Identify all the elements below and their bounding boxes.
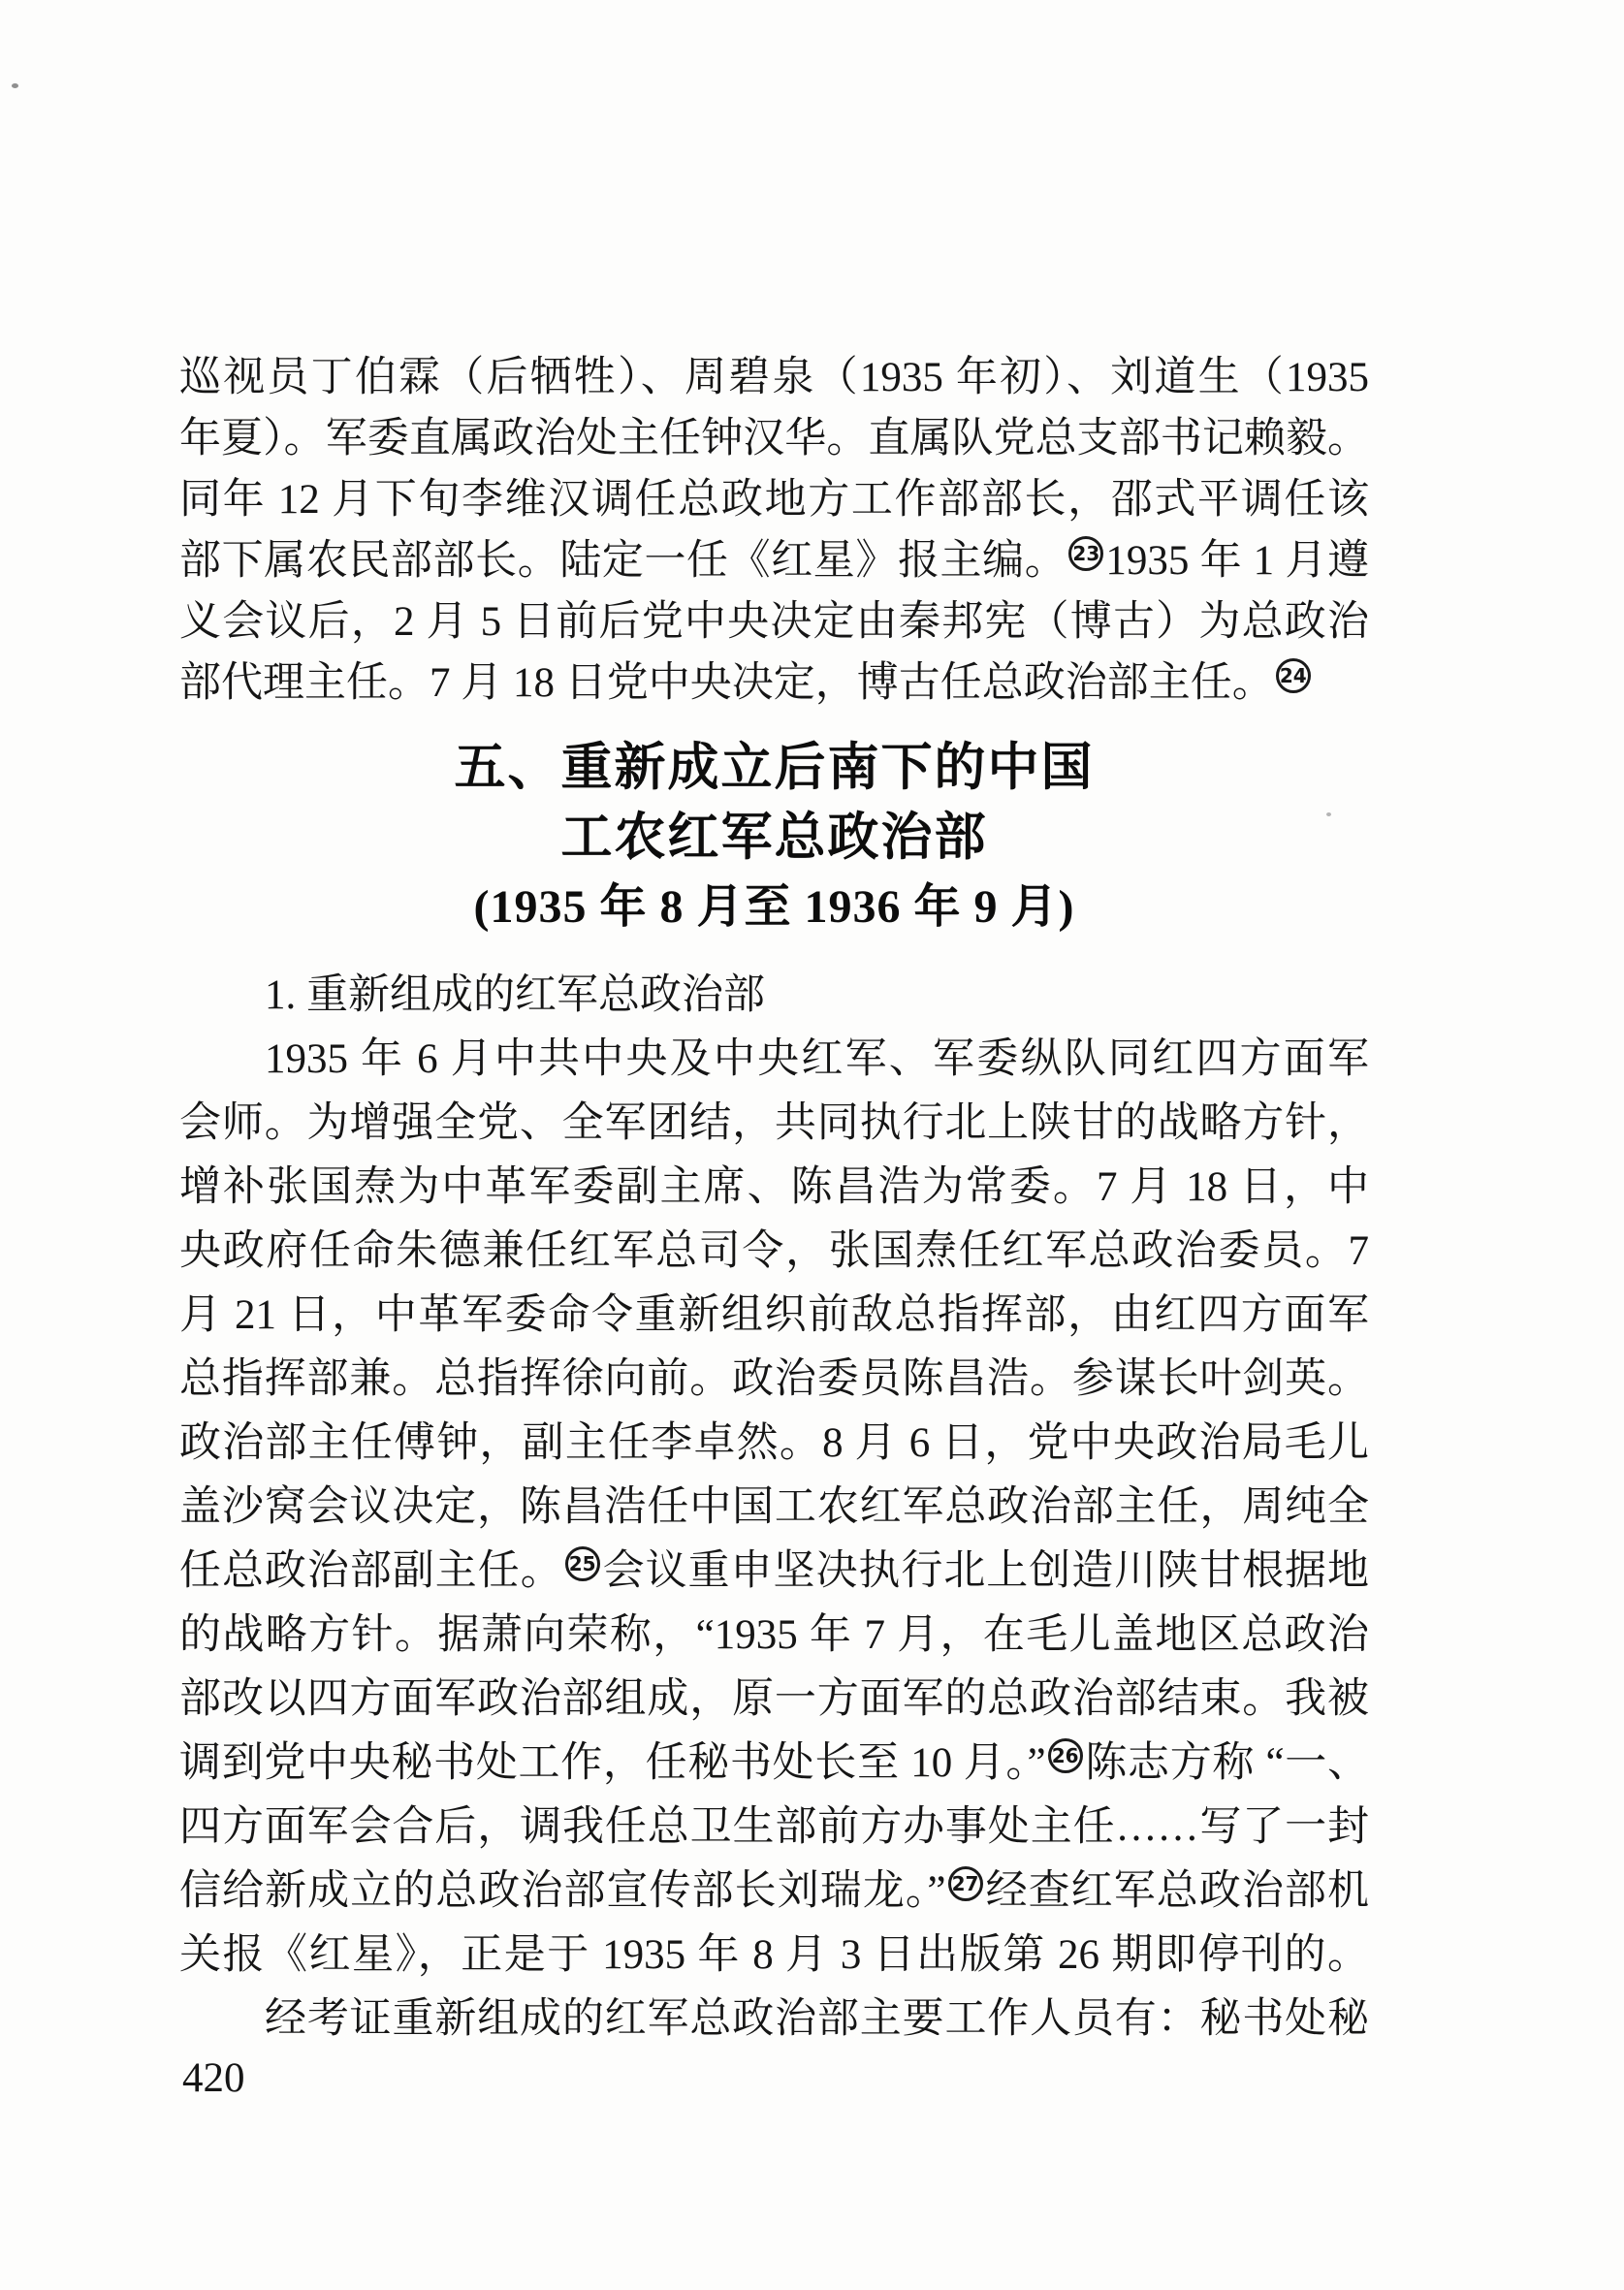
section-heading: 五、重新成立后南下的中国 工农红军总政治部 (1935 年 8 月至 1936 …	[179, 733, 1369, 942]
text-line: 经考证重新组成的红军总政治部主要工作人员有：秘书处秘	[179, 1988, 1369, 2051]
main-paragraph: 1935 年 6 月中共中央及中央红军、军委纵队同红四方面军 会师。为增强全党、…	[179, 1028, 1369, 1988]
footnote-ref-24: 24	[1276, 658, 1311, 693]
footnote-ref-26: 26	[1048, 1738, 1083, 1773]
footnote-ref-27: 27	[948, 1866, 983, 1901]
text-line: 增补张国焘为中革军委副主席、陈昌浩为常委。7 月 18 日，中	[179, 1156, 1369, 1220]
line-text: 央政府任命朱德兼任红军总司令，张国焘任红军总政治委员。7	[179, 1228, 1369, 1274]
line-text: 月 21 日，中革军委命令重新组织前敌总指挥部，由红四方面军	[179, 1292, 1369, 1338]
book-page-scan: 巡视员丁伯霖（后牺牲）、周碧泉（1935 年初）、刘道生（1935 年夏）。军委…	[0, 0, 1624, 2290]
text-line: 义会议后，2 月 5 日前后党中央决定由秦邦宪（博古）为总政治	[179, 591, 1369, 652]
text-block: 巡视员丁伯霖（后牺牲）、周碧泉（1935 年初）、刘道生（1935 年夏）。军委…	[179, 0, 1369, 2051]
paragraph-continuation: 巡视员丁伯霖（后牺牲）、周碧泉（1935 年初）、刘道生（1935 年夏）。军委…	[179, 347, 1369, 714]
line-text: 的战略方针。据萧向荣称，“1935 年 7 月，在毛儿盖地区总政治	[179, 1612, 1369, 1658]
text-line: 盖沙窝会议决定，陈昌浩任中国工农红军总政治部主任，周纯全	[179, 1476, 1369, 1540]
text-line: 央政府任命朱德兼任红军总司令，张国焘任红军总政治委员。7	[179, 1220, 1369, 1284]
text-line: 年夏）。军委直属政治处主任钟汉华。直属队党总支部书记赖毅。	[179, 408, 1369, 469]
text-line: 任总政治部副主任。25会议重申坚决执行北上创造川陕甘根据地	[179, 1540, 1369, 1604]
line-text: 1935 年 6 月中共中央及中央红军、军委纵队同红四方面军	[265, 1036, 1369, 1082]
text-line: 同年 12 月下旬李维汉调任总政地方工作部部长，邵式平调任该	[179, 469, 1369, 530]
text-line: 总指挥部兼。总指挥徐向前。政治委员陈昌浩。参谋长叶剑英。	[179, 1348, 1369, 1412]
section-heading-line2: 工农红军总政治部	[179, 803, 1369, 873]
footnote-ref-23: 23	[1068, 536, 1103, 571]
text-line: 的战略方针。据萧向荣称，“1935 年 7 月，在毛儿盖地区总政治	[179, 1604, 1369, 1668]
line-text: 盖沙窝会议决定，陈昌浩任中国工农红军总政治部主任，周纯全	[179, 1484, 1369, 1530]
section-heading-dates: (1935 年 8 月至 1936 年 9 月)	[179, 873, 1369, 942]
text-line: 信给新成立的总政治部宣传部长刘瑞龙。”27经查红军总政治部机	[179, 1860, 1369, 1924]
line-text: 总指挥部兼。总指挥徐向前。政治委员陈昌浩。参谋长叶剑英。	[179, 1356, 1369, 1402]
text-line: 1935 年 6 月中共中央及中央红军、军委纵队同红四方面军	[179, 1028, 1369, 1092]
line-text: 部下属农民部部长。陆定一任《红星》报主编。	[179, 538, 1067, 584]
text-line: 会师。为增强全党、全军团结，共同执行北上陕甘的战略方针，	[179, 1092, 1369, 1156]
text-line: 部改以四方面军政治部组成，原一方面军的总政治部结束。我被	[179, 1668, 1369, 1732]
line-text: 会议重申坚决执行北上创造川陕甘根据地	[602, 1548, 1369, 1594]
line-text: 陈志方称 “一、	[1085, 1740, 1369, 1786]
text-line: 关报《红星》，正是于 1935 年 8 月 3 日出版第 26 期即停刊的。	[179, 1924, 1369, 1988]
line-text: 义会议后，2 月 5 日前后党中央决定由秦邦宪（博古）为总政治	[179, 599, 1369, 645]
subsection-heading: 1. 重新组成的红军总政治部	[179, 965, 1369, 1027]
text-line: 部下属农民部部长。陆定一任《红星》报主编。231935 年 1 月遵	[179, 530, 1369, 591]
line-text: 会师。为增强全党、全军团结，共同执行北上陕甘的战略方针，	[179, 1100, 1369, 1146]
section-heading-line1: 五、重新成立后南下的中国	[179, 733, 1369, 803]
line-text: 任总政治部副主任。	[179, 1548, 563, 1594]
line-text: 部代理主任。7 月 18 日党中央决定，博古任总政治部主任。	[179, 660, 1274, 706]
line-text: 经考证重新组成的红军总政治部主要工作人员有：秘书处秘	[265, 1996, 1369, 2042]
line-text: 经查红军总政治部机	[985, 1868, 1369, 1914]
line-text: 部改以四方面军政治部组成，原一方面军的总政治部结束。我被	[179, 1676, 1369, 1722]
line-text: 增补张国焘为中革军委副主席、陈昌浩为常委。7 月 18 日，中	[179, 1164, 1369, 1210]
text-line: 调到党中央秘书处工作，任秘书处长至 10 月。”26陈志方称 “一、	[179, 1732, 1369, 1796]
line-text: 年夏）。军委直属政治处主任钟汉华。直属队党总支部书记赖毅。	[179, 416, 1369, 461]
text-line: 四方面军会合后，调我任总卫生部前方办事处主任……写了一封	[179, 1796, 1369, 1860]
page-number: 420	[182, 2051, 245, 2106]
line-text: 政治部主任傅钟，副主任李卓然。8 月 6 日，党中央政治局毛儿	[179, 1420, 1369, 1466]
line-text: 同年 12 月下旬李维汉调任总政地方工作部部长，邵式平调任该	[179, 477, 1369, 523]
closing-paragraph: 经考证重新组成的红军总政治部主要工作人员有：秘书处秘	[179, 1988, 1369, 2051]
line-text: 调到党中央秘书处工作，任秘书处长至 10 月。”	[179, 1740, 1046, 1786]
footnote-ref-25: 25	[565, 1546, 600, 1581]
line-text: 四方面军会合后，调我任总卫生部前方办事处主任……写了一封	[179, 1804, 1369, 1850]
line-text: 1935 年 1 月遵	[1105, 538, 1369, 584]
text-line: 巡视员丁伯霖（后牺牲）、周碧泉（1935 年初）、刘道生（1935	[179, 347, 1369, 408]
text-line: 政治部主任傅钟，副主任李卓然。8 月 6 日，党中央政治局毛儿	[179, 1412, 1369, 1476]
text-line: 部代理主任。7 月 18 日党中央决定，博古任总政治部主任。24	[179, 652, 1369, 714]
line-text: 巡视员丁伯霖（后牺牲）、周碧泉（1935 年初）、刘道生（1935	[179, 355, 1369, 400]
line-text: 关报《红星》，正是于 1935 年 8 月 3 日出版第 26 期即停刊的。	[179, 1932, 1369, 1978]
line-text: 信给新成立的总政治部宣传部长刘瑞龙。”	[179, 1868, 946, 1914]
scan-artifact-dot	[12, 83, 18, 88]
text-line: 月 21 日，中革军委命令重新组织前敌总指挥部，由红四方面军	[179, 1284, 1369, 1348]
